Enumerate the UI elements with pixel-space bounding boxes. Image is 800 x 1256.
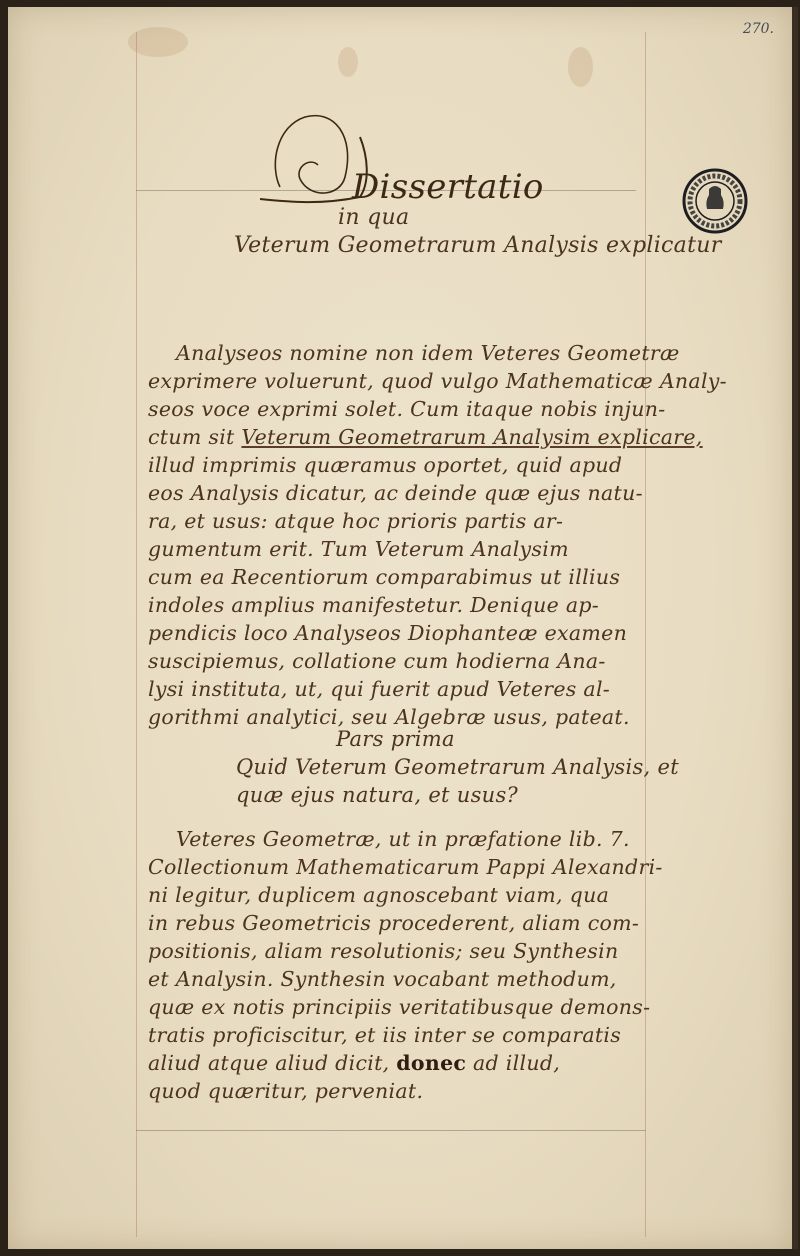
emphasized-word: donec [396,1051,466,1075]
manuscript-page: 270. Dissertatio in qua Veterum Geometra… [8,7,798,1249]
text-line: ni legitur, duplicem agnoscebant viam, q… [148,881,668,909]
title-text: Dissertatio [352,167,544,207]
text-line: Veteres Geometræ, ut in præfatione lib. … [148,825,668,853]
folio-number: 270. [743,21,774,37]
text-line: lysi instituta, ut, qui fuerit apud Vete… [148,675,668,703]
paper-stain [568,47,593,87]
left-margin-line [136,32,137,1237]
text-line: ra, et usus: atque hoc prioris partis ar… [148,507,668,535]
text-line: quæ ex notis principiis veritatibusque d… [148,993,668,1021]
title-block: Dissertatio [260,107,680,207]
text-line: eos Analysis dicatur, ac deinde quæ ejus… [148,479,668,507]
text-line: Quid Veterum Geometrarum Analysis, et [236,755,686,783]
paper-stain [338,47,358,77]
subtitle-in-qua: in qua [338,205,409,230]
section-question: Quid Veterum Geometrarum Analysis, et qu… [236,755,686,811]
library-stamp-icon [681,167,749,235]
part-one-paragraph: Veteres Geometræ, ut in præfatione lib. … [148,825,668,1105]
text-line: exprimere voluerunt, quod vulgo Mathemat… [148,367,668,395]
subtitle-main: Veterum Geometrarum Analysis explicatur [234,233,722,258]
section-heading: Pars prima [336,727,455,751]
text-line: tratis proficiscitur, et iis inter se co… [148,1021,668,1049]
text-line: et Analysin. Synthesin vocabant methodum… [148,965,668,993]
underlined-phrase: Veterum Geometrarum Analysim explicare, [241,425,702,449]
text-line: gumentum erit. Tum Veterum Analysim [148,535,668,563]
text-line: in rebus Geometricis procederent, aliam … [148,909,668,937]
text-line: Analyseos nomine non idem Veteres Geomet… [148,339,668,367]
text-line: seos voce exprimi solet. Cum itaque nobi… [148,395,668,423]
text-line: quod quæritur, perveniat. [148,1077,668,1105]
text-line: indoles amplius manifestetur. Denique ap… [148,591,668,619]
text-line: positionis, aliam resolutionis; seu Synt… [148,937,668,965]
text-line: quæ ejus natura, et usus? [236,783,686,811]
text-line: cum ea Recentiorum comparabimus ut illiu… [148,563,668,591]
text-line: aliud atque aliud dicit, donec ad illud, [148,1049,668,1077]
ruled-line [136,1130,646,1131]
text-line: Collectionum Mathematicarum Pappi Alexan… [148,853,668,881]
text-line: ctum sit Veterum Geometrarum Analysim ex… [148,423,668,451]
paper-stain [128,27,188,57]
text-line: suscipiemus, collatione cum hodierna Ana… [148,647,668,675]
text-line: illud imprimis quæramus oportet, quid ap… [148,451,668,479]
intro-paragraph: Analyseos nomine non idem Veteres Geomet… [148,339,668,731]
text-line: pendicis loco Analyseos Diophanteæ exame… [148,619,668,647]
